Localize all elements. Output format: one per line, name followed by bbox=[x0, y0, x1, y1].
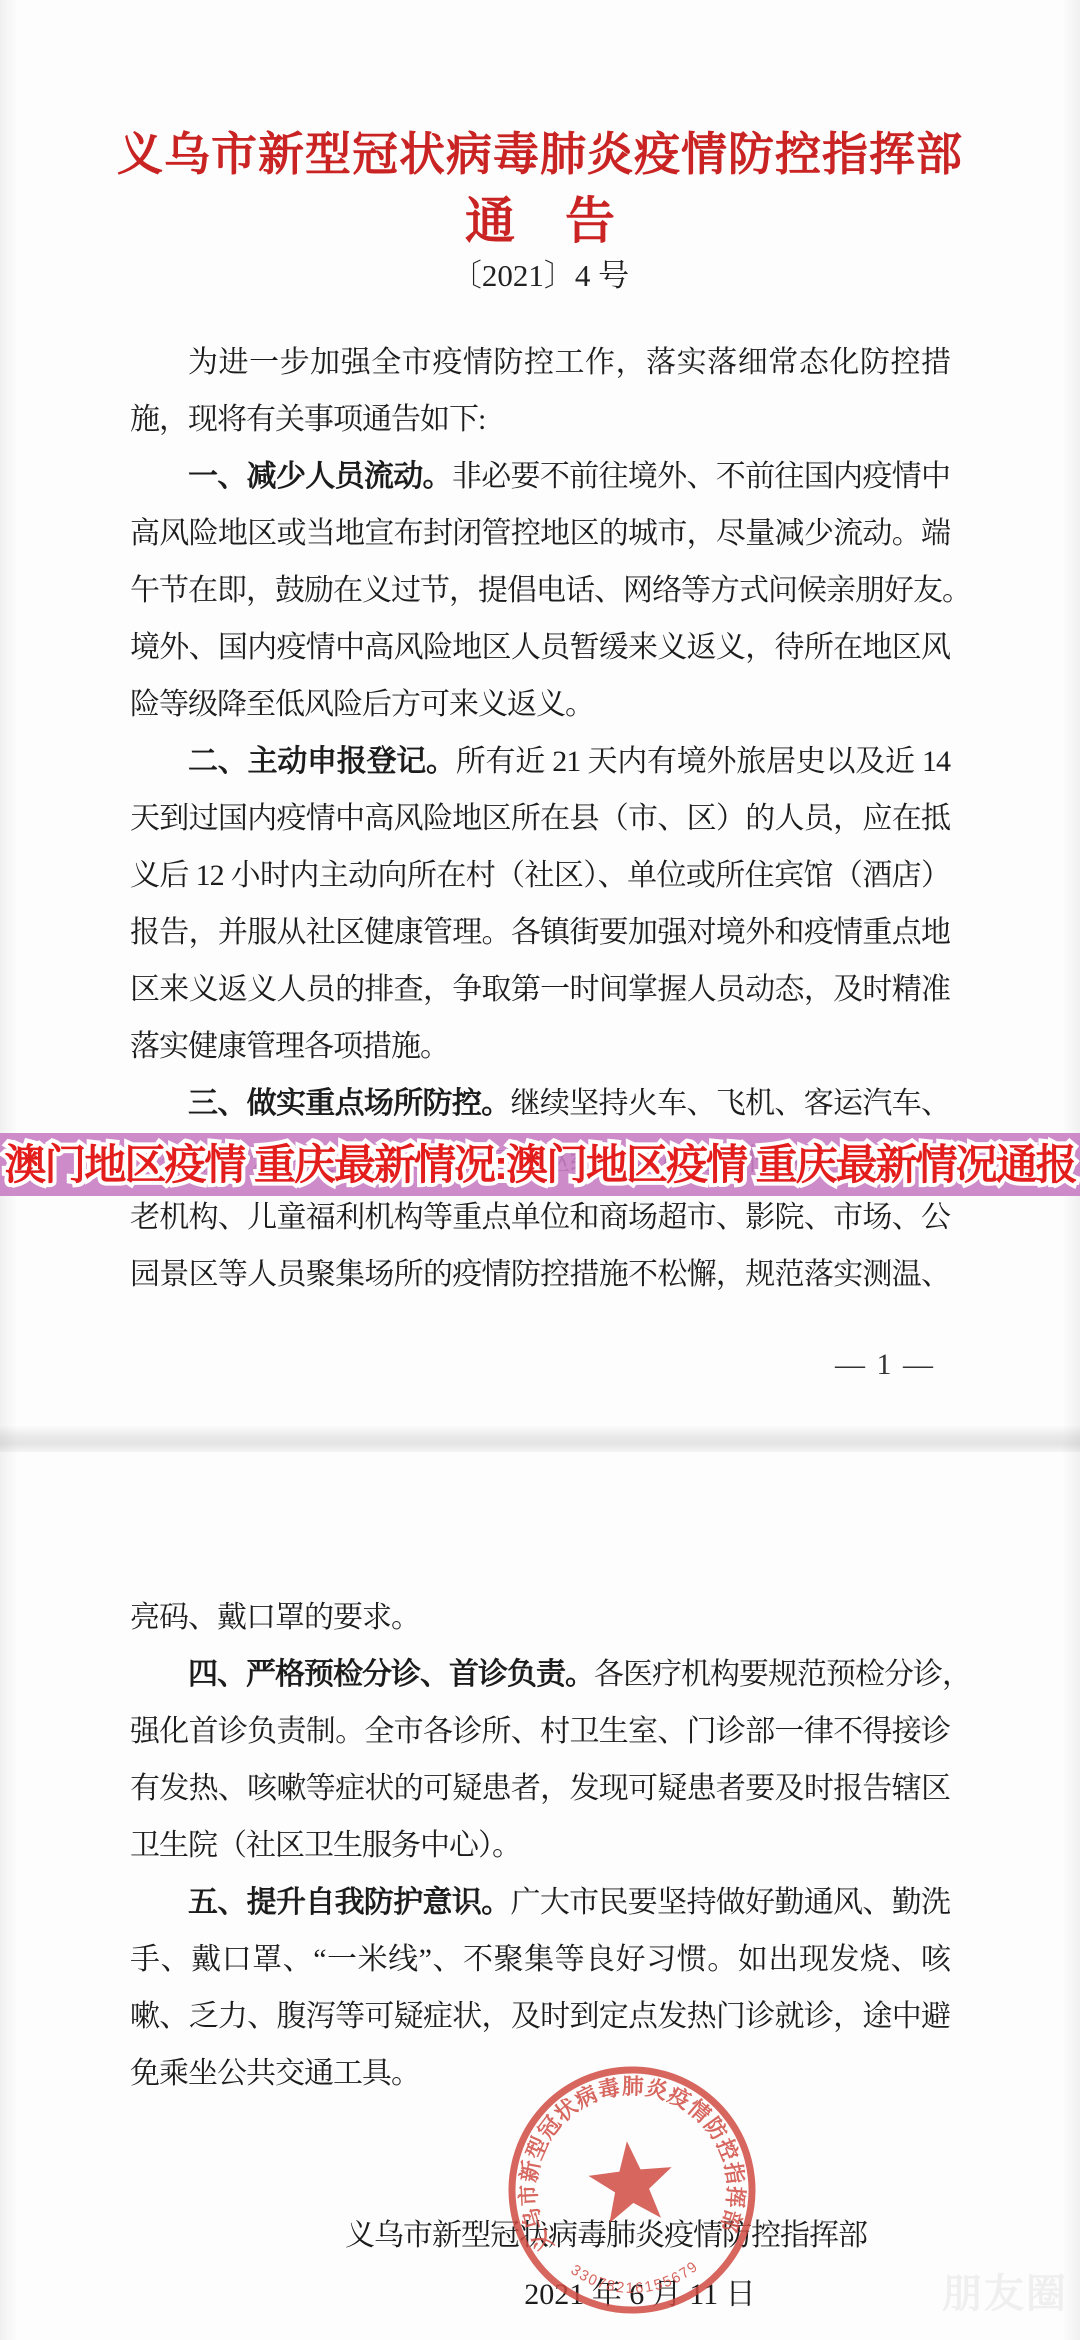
body-line: 嗽、乏力、腹泻等可疑症状，及时到定点发热门诊就诊，途中避 bbox=[130, 1988, 950, 2045]
body-line: 落实健康管理各项措施。 bbox=[130, 1018, 950, 1075]
body-line: 一、减少人员流动。非必要不前往境外、不前往国内疫情中 bbox=[130, 448, 950, 505]
body-line: 区来义返义人员的排查，争取第一时间掌握人员动态，及时精准 bbox=[130, 961, 950, 1018]
body-line: 为进一步加强全市疫情防控工作，落实落细常态化防控措 bbox=[130, 334, 950, 391]
body-line: 险等级降至低风险后方可来义返义。 bbox=[130, 676, 950, 733]
screenshot-root: 义乌市新型冠状病毒肺炎疫情防控指挥部 通 告 〔2021〕4 号 为进一步加强全… bbox=[0, 0, 1080, 2340]
body-line: 午节在即，鼓励在义过节，提倡电话、网络等方式问候亲朋好友。 bbox=[130, 562, 950, 619]
body-line: 强化首诊负责制。全市各诊所、村卫生室、门诊部一律不得接诊 bbox=[130, 1703, 950, 1760]
body-line: 高风险地区或当地宣布封闭管控地区的城市，尽量减少流动。端 bbox=[130, 505, 950, 562]
document-page-1: 义乌市新型冠状病毒肺炎疫情防控指挥部 通 告 〔2021〕4 号 为进一步加强全… bbox=[0, 0, 1080, 1432]
notice-title: 义乌市新型冠状病毒肺炎疫情防控指挥部 bbox=[0, 118, 1080, 184]
body-line: 亮码、戴口罩的要求。 bbox=[130, 1589, 950, 1646]
notice-subtitle: 通 告 bbox=[0, 181, 1080, 253]
body-line: 境外、国内疫情中高风险地区人员暂缓来义返义，待所在地区风 bbox=[130, 619, 950, 676]
body-line: 施，现将有关事项通告如下: bbox=[130, 391, 950, 448]
official-seal: 义乌市新型冠状病毒肺炎疫情防控指挥部 33078216155679 bbox=[492, 2050, 771, 2329]
page2-body: 亮码、戴口罩的要求。 四、严格预检分诊、首诊负责。各医疗机构要规范预检分诊， 强… bbox=[130, 1589, 950, 2102]
body-line: 四、严格预检分诊、首诊负责。各医疗机构要规范预检分诊， bbox=[130, 1646, 950, 1703]
body-line: 三、做实重点场所防控。继续坚持火车、飞机、客运汽车、 bbox=[130, 1075, 950, 1132]
body-line: 老机构、儿童福利机构等重点单位和商场超市、影院、市场、公 bbox=[130, 1189, 950, 1246]
watermark: 朋友圈 bbox=[930, 2262, 1080, 2319]
ad-banner[interactable]: 澳门地区疫情 重庆最新情况:澳门地区疫情 重庆最新情况通报 澳门地区疫情 重庆最… bbox=[0, 1133, 1080, 1196]
body-line: 园景区等人员聚集场所的疫情防控措施不松懈，规范落实测温、 bbox=[130, 1246, 950, 1303]
body-line: 手、戴口罩、“一米线”、不聚集等良好习惯。如出现发烧、咳 bbox=[130, 1931, 950, 1988]
body-line: 报告，并服从社区健康管理。各镇街要加强对境外和疫情重点地 bbox=[130, 904, 950, 961]
page-number: — 1 — bbox=[835, 1348, 935, 1382]
body-line: 二、主动申报登记。所有近 21 天内有境外旅居史以及近 14 bbox=[130, 733, 950, 790]
seal-star-icon bbox=[585, 2137, 676, 2225]
body-line: 五、提升自我防护意识。广大市民要坚持做好勤通风、勤洗 bbox=[130, 1874, 950, 1931]
body-line: 有发热、咳嗽等症状的可疑患者，发现可疑患者要及时报告辖区 bbox=[130, 1760, 950, 1817]
body-line: 天到过国内疫情中高风险地区所在县（市、区）的人员，应在抵 bbox=[130, 790, 950, 847]
doc-number: 〔2021〕4 号 bbox=[0, 250, 1080, 295]
ad-banner-text: 澳门地区疫情 重庆最新情况:澳门地区疫情 重庆最新情况通报 bbox=[0, 1133, 1080, 1196]
body-line: 义后 12 小时内主动向所在村（社区）、单位或所住宾馆（酒店） bbox=[130, 847, 950, 904]
body-line: 卫生院（社区卫生服务中心）。 bbox=[130, 1817, 950, 1874]
